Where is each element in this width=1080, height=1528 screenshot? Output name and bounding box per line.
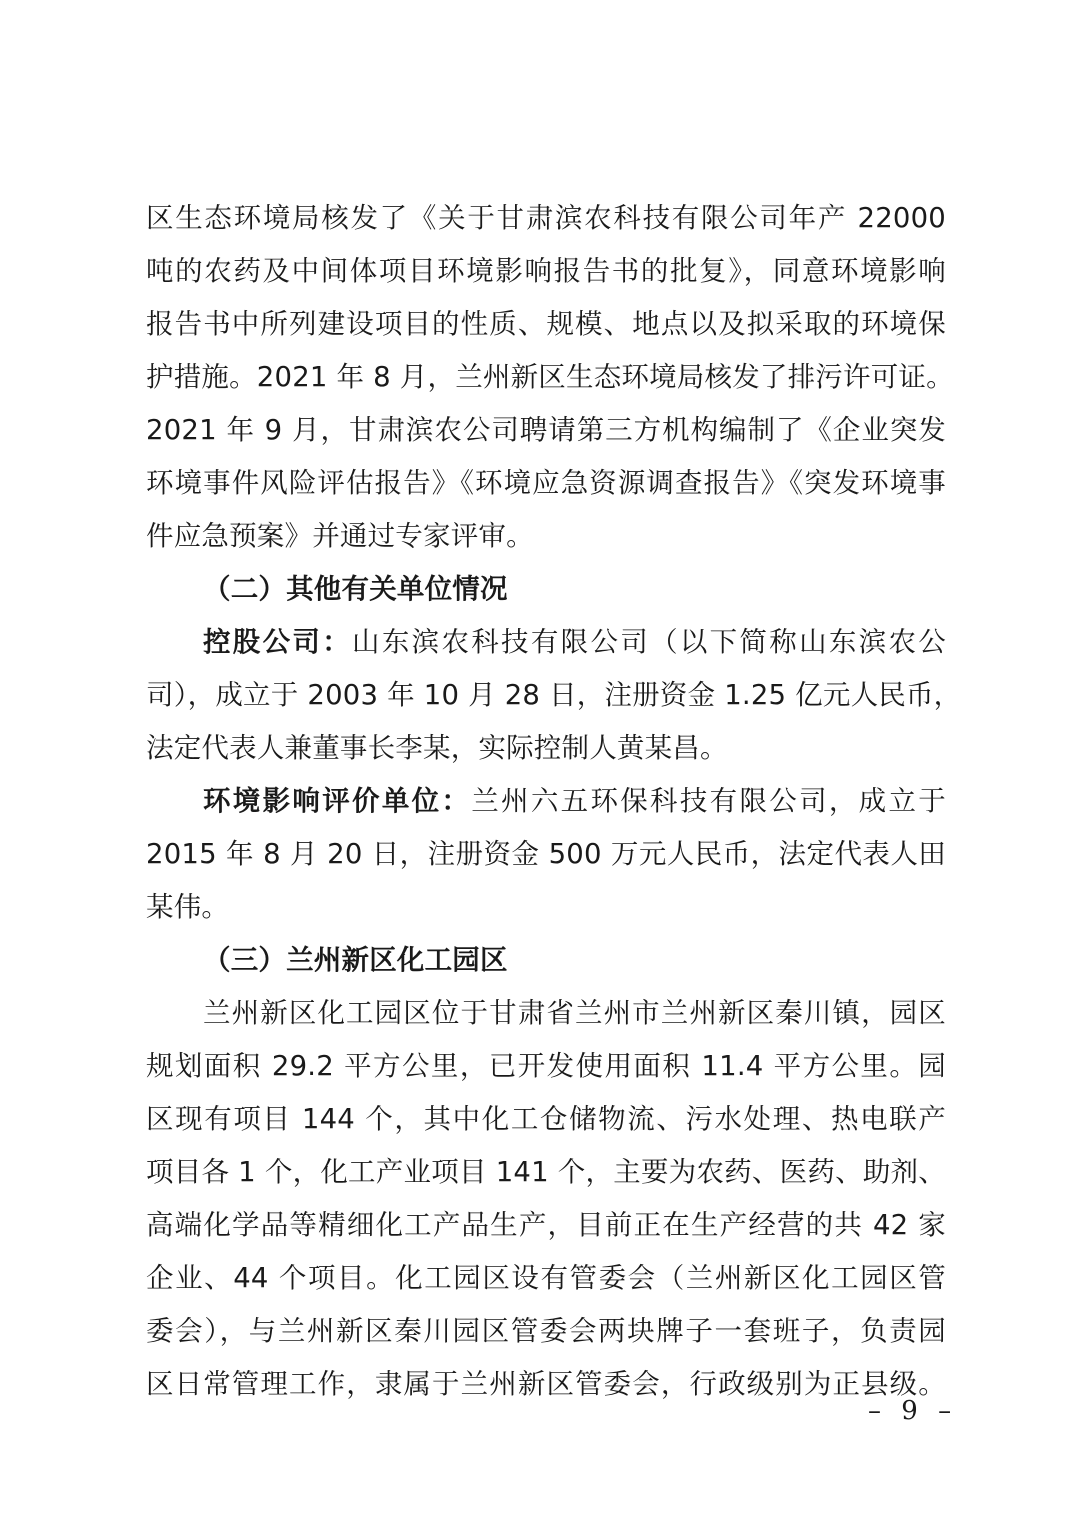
holding-company-text: 山东滨农科技有限公司（以下简称山东滨农公 [352, 626, 946, 658]
section-heading-other-units: （二）其他有关单位情况 [203, 569, 946, 609]
eia-unit-text: 兰州六五环保科技有限公司，成立于 [471, 785, 946, 817]
paragraph-line: 吨的农药及中间体项目环境影响报告书的批复》，同意环境影响 [146, 251, 946, 291]
paragraph-line: 2015 年 8 月 20 日，注册资金 500 万元人民币，法定代表人田 [146, 834, 946, 874]
paragraph-line: 委会），与兰州新区秦川园区管委会两块牌子一套班子，负责园 [146, 1311, 946, 1351]
paragraph-line: 法定代表人兼董事长李某，实际控制人黄某昌。 [146, 728, 946, 768]
paragraph-line: 某伟。 [146, 887, 946, 927]
paragraph-line: 2021 年 9 月，甘肃滨农公司聘请第三方机构编制了《企业突发 [146, 410, 946, 450]
paragraph-line: 规划面积 29.2 平方公里，已开发使用面积 11.4 平方公里。园 [146, 1046, 946, 1086]
paragraph-line: 高端化学品等精细化工产品生产，目前正在生产经营的共 42 家 [146, 1205, 946, 1245]
paragraph-line: 司），成立于 2003 年 10 月 28 日，注册资金 1.25 亿元人民币， [146, 675, 946, 715]
paragraph-line: 区现有项目 144 个，其中化工仓储物流、污水处理、热电联产 [146, 1099, 946, 1139]
paragraph-line: 区生态环境局核发了《关于甘肃滨农科技有限公司年产 22000 [146, 198, 946, 238]
paragraph-line: 企业、44 个项目。化工园区设有管委会（兰州新区化工园区管 [146, 1258, 946, 1298]
page-number: – 9 – [868, 1396, 957, 1426]
paragraph-line: 兰州新区化工园区位于甘肃省兰州市兰州新区秦川镇，园区 [203, 993, 946, 1033]
paragraph-line: 项目各 1 个，化工产业项目 141 个，主要为农药、医药、助剂、 [146, 1152, 946, 1192]
document-page: 区生态环境局核发了《关于甘肃滨农科技有限公司年产 22000 吨的农药及中间体项… [0, 0, 1080, 1528]
paragraph-line: 件应急预案》并通过专家评审。 [146, 516, 946, 556]
paragraph-line: 报告书中所列建设项目的性质、规模、地点以及拟采取的环境保 [146, 304, 946, 344]
paragraph-line: 环境事件风险评估报告》《环境应急资源调查报告》《突发环境事 [146, 463, 946, 503]
holding-company-line: 控股公司：山东滨农科技有限公司（以下简称山东滨农公 [203, 622, 946, 662]
eia-unit-label: 环境影响评价单位： [203, 785, 471, 817]
section-heading-chemical-park: （三）兰州新区化工园区 [203, 940, 946, 980]
holding-company-label: 控股公司： [203, 626, 352, 658]
eia-unit-line: 环境影响评价单位：兰州六五环保科技有限公司，成立于 [203, 781, 946, 821]
paragraph-line: 区日常管理工作，隶属于兰州新区管委会，行政级别为正县级。 [146, 1364, 946, 1404]
paragraph-line: 护措施。2021 年 8 月，兰州新区生态环境局核发了排污许可证。 [146, 357, 946, 397]
